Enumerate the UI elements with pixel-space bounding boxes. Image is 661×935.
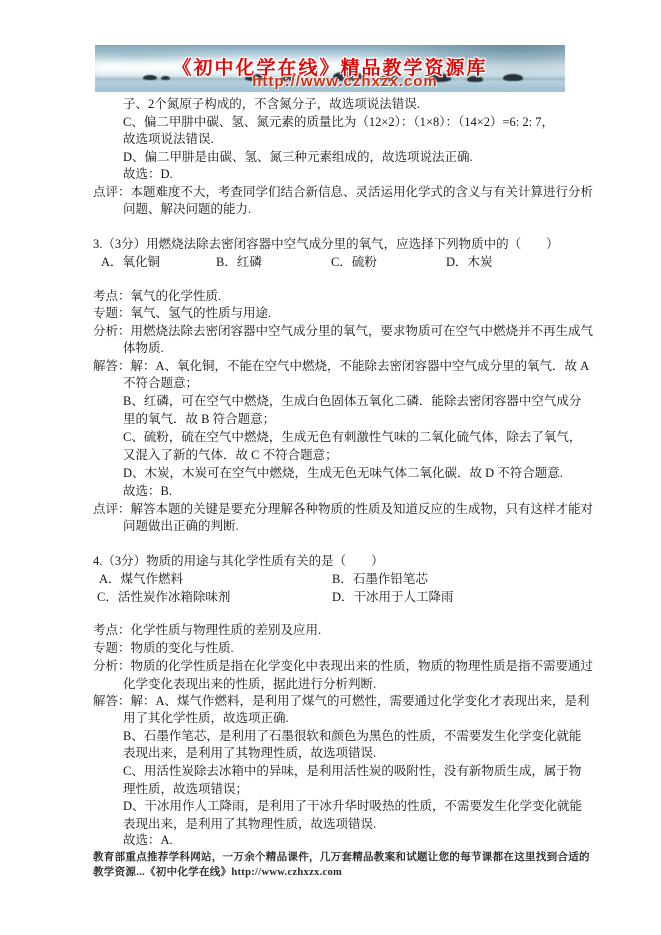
answer-conclusion: 故选：B. [123, 483, 172, 500]
answer-line: D、偏二甲肼是由碳、氢、氮三种元素组成的，故选项说法正确. [123, 149, 473, 166]
jieda-line: 又混入了新的气体．故 C 不符合题意； [123, 447, 338, 464]
comment-label-line: 点评：本题难度不大，考查同学们结合新信息、灵活运用化学式的含义与有关计算进行分析 [93, 184, 593, 201]
jieda-line: 里的氧气．故 B 符合题意； [123, 411, 275, 428]
q3-option-a: A．氧化铜 [101, 254, 160, 271]
jieda-line: 表现出来，是利用了其物理性质，故选项错误. [123, 816, 376, 833]
comment-line: 问题、解决问题的能力. [123, 201, 251, 218]
q4-option-c: C．活性炭作冰箱除味剂 [97, 589, 230, 606]
jieda-line: C、硫粉，硫在空气中燃烧，生成无色有刺激性气味的二氧化硫气体，除去了氧气， [123, 429, 581, 446]
jieda-line: B、红磷，可在空气中燃烧，生成白色固体五氧化二磷．能除去密闭容器中空气成分 [123, 393, 581, 410]
comment-label-line: 点评：解答本题的关键是要充分理解各种物质的性质及知道反应的生成物，只有这样才能对 [93, 501, 593, 518]
answer-conclusion: 故选：A. [123, 832, 173, 849]
q4-option-a: A．煤气作燃料 [99, 571, 183, 588]
jieda-line: D、木炭，木炭可在空气中燃烧，生成无色无味气体二氧化碳．故 D 不符合题意. [123, 465, 563, 482]
question-3-stem: 3.（3分）用燃烧法除去密闭容器中空气成分里的氧气，应选择下列物质中的（ ） [93, 236, 559, 253]
fenxi-line: 化学变化表现出来的性质，据此进行分析判断. [123, 676, 376, 693]
jieda-line: 表现出来，是利用了其物理性质，故选项错误. [123, 745, 376, 762]
answer-line: 子、2个氮原子构成的，不含氮分子，故选项说法错误. [123, 96, 420, 113]
q4-option-b: B．石墨作铅笔芯 [332, 571, 428, 588]
fenxi-line: 体物质. [123, 340, 164, 357]
fenxi-line: 分析：用燃烧法除去密闭容器中空气成分里的氧气，要求物质可在空气中燃烧并不再生成气 [93, 323, 593, 340]
answer-line: 故选项说法错误. [123, 131, 214, 148]
q3-option-d: D．木炭 [446, 254, 493, 271]
question-4-stem: 4.（3分）物质的用途与其化学性质有关的是（ ） [93, 553, 384, 570]
q3-option-b: B．红磷 [216, 254, 262, 271]
comment-line: 问题做出正确的判断. [123, 518, 239, 535]
kaodian-line: 考点：氧气的化学性质. [93, 288, 221, 305]
footer-line: 教学资源...《初中化学在线》http://www.czhxzx.com [93, 866, 342, 880]
jieda-line: B、石墨作笔芯，是利用了石墨很软和颜色为黑色的性质，不需要发生化学变化就能 [123, 728, 581, 745]
jieda-line: 理性质，故选项错误； [123, 781, 248, 798]
kaodian-line: 考点：化学性质与物理性质的差别及应用. [93, 622, 321, 639]
zhuanti-line: 专题：氧气、氢气的性质与用途. [93, 305, 271, 322]
q4-option-d: D．干冰用于人工降雨 [332, 589, 454, 606]
jieda-line: 不符合题意； [123, 375, 198, 392]
fenxi-line: 分析：物质的化学性质是指在化学变化中表现出来的性质，物质的物理性质是指不需要通过 [93, 658, 593, 675]
jieda-line: C、用活性炭除去冰箱中的异味，是利用活性炭的吸附性，没有新物质生成，属于物 [123, 763, 581, 780]
document-page: 《初中化学在线》精品教学资源库 http://www.czhxzx.com 子、… [0, 0, 661, 935]
banner-site-url: http://www.czhxzx.com [125, 73, 565, 90]
jieda-line: 解答：解：A、氧化铜，不能在空气中燃烧，不能除去密闭容器中空气成分里的氧气．故 … [93, 358, 589, 375]
footer-line: 教育部重点推荐学科网站，一万余个精品课件，几万套精品教案和试题让您的每节课都在这… [93, 851, 590, 865]
jieda-line: 用了其化学性质，故选项正确. [123, 710, 289, 727]
jieda-line: 解答：解：A、煤气作燃料，是利用了煤气的可燃性，需要通过化学变化才表现出来，是利 [93, 693, 590, 710]
zhuanti-line: 专题：物质的变化与性质. [93, 640, 234, 657]
q3-option-c: C．硫粉 [331, 254, 377, 271]
answer-conclusion: 故选：D. [123, 166, 173, 183]
answer-line: C、偏二甲肼中碳、氢、氮元素的质量比为（12×2）：（1×8）：（14×2）=6… [123, 114, 554, 131]
jieda-line: D、干冰用作人工降雨，是利用了干冰升华时吸热的性质，不需要发生化学变化就能 [123, 798, 582, 815]
header-banner-image: 《初中化学在线》精品教学资源库 http://www.czhxzx.com [95, 45, 565, 92]
